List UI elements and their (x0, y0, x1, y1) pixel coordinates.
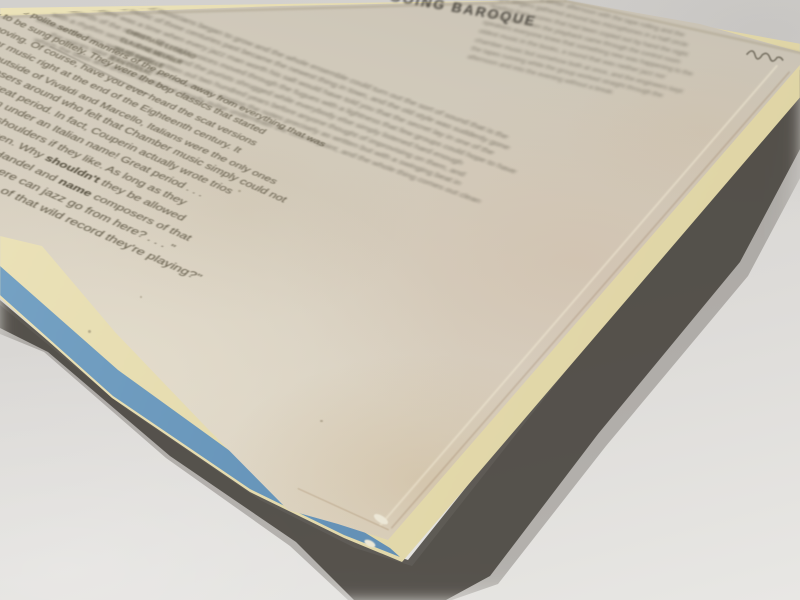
paper-speck-3 (140, 296, 142, 298)
paper-speck-4 (320, 420, 323, 422)
paper-speck-1 (88, 330, 91, 333)
photo-backdrop: GOING BAROQUE CHRISTIANE LEGRANDCLAUDINE… (0, 0, 800, 600)
